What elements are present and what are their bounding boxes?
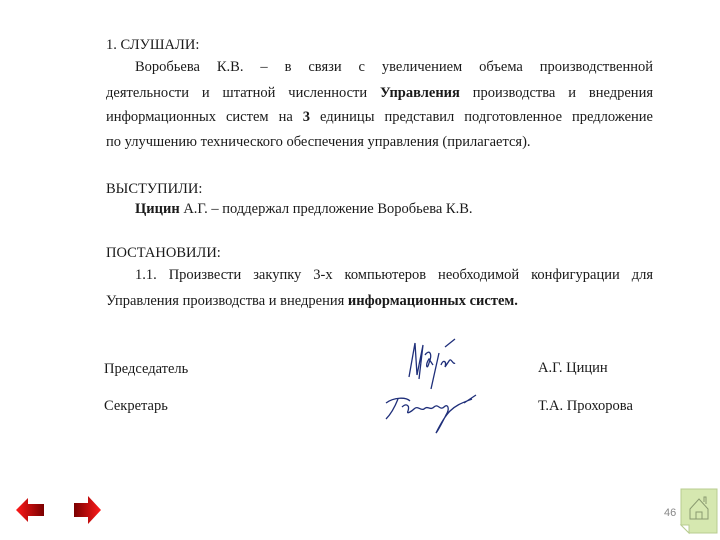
heading-listened: 1. СЛУШАЛИ: (106, 36, 199, 54)
paragraph-spoke: Цицин А.Г. – поддержал предложение Вороб… (135, 200, 473, 218)
next-slide-arrow-icon[interactable] (72, 495, 102, 525)
chair-role: Председатель (104, 360, 188, 378)
paragraph-listened-line-2: деятельности и штатной численности Управ… (106, 84, 653, 102)
page-number: 46 (664, 507, 676, 519)
paragraph-decided-line-1: 1.1. Произвести закупку 3-х компьютеров … (135, 266, 653, 284)
heading-decided: ПОСТАНОВИЛИ: (106, 244, 221, 262)
heading-spoke: ВЫСТУПИЛИ: (106, 180, 202, 198)
paragraph-listened-line-1: Воробьева К.В. – в связи с увеличением о… (135, 58, 653, 76)
secretary-signature (380, 385, 490, 440)
paragraph-listened-line-4: по улучшению технического обеспечения уп… (106, 133, 531, 151)
chair-name: А.Г. Цицин (538, 359, 608, 377)
paragraph-listened-line-3: информационных систем на 3 единицы предс… (106, 108, 653, 126)
home-button[interactable] (679, 487, 719, 535)
previous-slide-arrow-icon[interactable] (16, 496, 46, 524)
secretary-name: Т.А. Прохорова (538, 397, 633, 415)
secretary-role: Секретарь (104, 397, 168, 415)
paragraph-decided-line-2: Управления производства и внедрения инфо… (106, 292, 518, 310)
